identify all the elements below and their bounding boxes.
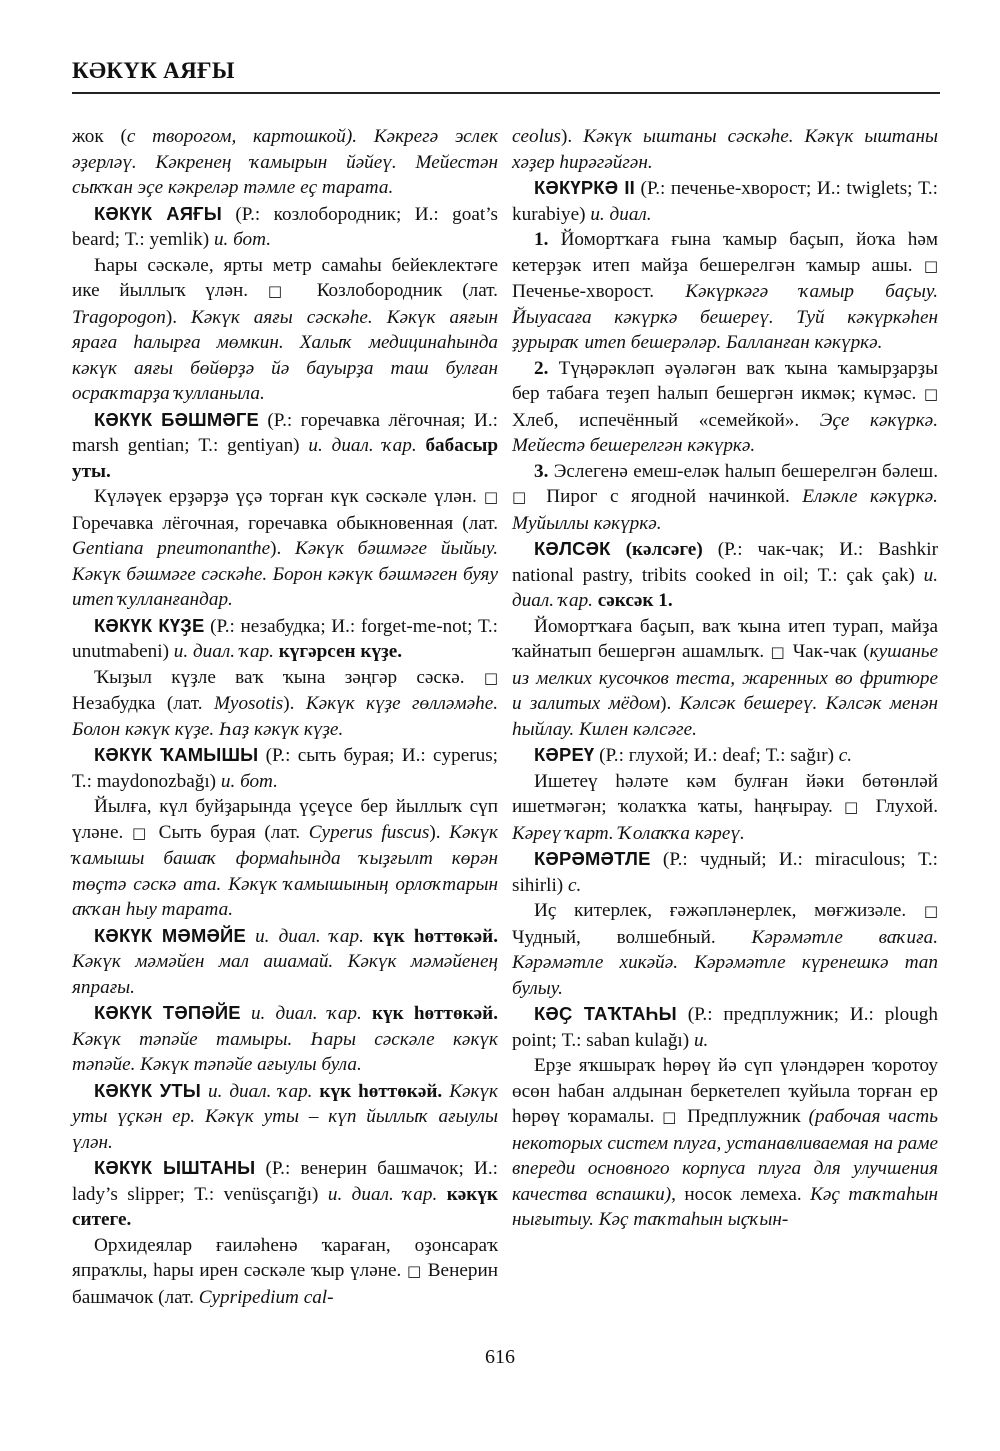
italic-text: и. диал. ҡар. [255, 926, 364, 947]
headword: КӘҪ ТАҠТАҺЫ [534, 1003, 677, 1024]
translation-marker-icon: □ [924, 385, 938, 403]
text: Иҫ китерлек, ғәжәпләнерлек, мөғжизәле. [534, 900, 924, 921]
italic-text: Кәкүк мәмәйен мал ашамай. Кәкүк мәмәйене… [72, 951, 498, 998]
dictionary-entry: КӘКҮК ЫШТАНЫ (Р.: венерин башмачок; И.: … [72, 1155, 498, 1233]
italic-text: и. диал. [590, 204, 651, 225]
italic-text: ceolus [512, 126, 561, 147]
entry-definition: Ҡыҙыл күҙле ваҡ ҡына зәңгәр сәскә. □ Нез… [72, 665, 498, 743]
text: , носок лемеха. [671, 1184, 810, 1205]
headword: КӘКҮК КҮҘЕ [94, 615, 204, 636]
headword: КӘРӘМӘТЛЕ [534, 848, 651, 869]
headword: КӘКҮК УТЫ [94, 1080, 201, 1101]
headword: КӘКҮК БӘШМӘГЕ [94, 409, 259, 430]
bold-text: 3. [534, 461, 548, 482]
dictionary-entry: КӘКҮК БӘШМӘГЕ (Р.: горечавка лёгочная; И… [72, 407, 498, 485]
text: ). [660, 693, 679, 714]
text: Эслегенә емеш-еләк һалып бешерелгән бәле… [548, 461, 938, 482]
bold-text: күгәрсен күҙе. [274, 641, 402, 662]
running-head: КӘКҮК АЯҒЫ [72, 58, 235, 84]
italic-text: и. диал. ҡар. [328, 1184, 437, 1205]
text: Күләүек ерҙәрҙә үҫә торған күк сәскәле ү… [94, 486, 484, 507]
dictionary-entry: КӘРӘМӘТЛЕ (Р.: чудный; И.: miraculous; Т… [512, 846, 938, 898]
italic-text: и. диал. ҡар. [208, 1081, 312, 1102]
entry-definition: Иҫ китерлек, ғәжәпләнерлек, мөғжизәле. □… [512, 898, 938, 1001]
text: (Р.: глухой; И.: deaf; Т.: sağır) [594, 745, 838, 766]
text [201, 1081, 208, 1102]
headword: КӘКҮК ТӘПӘЙЕ [94, 1002, 241, 1023]
italic-text: и. диал. ҡар. [174, 641, 274, 662]
headword: КӘЛСӘК [534, 538, 611, 559]
text: ). [429, 822, 449, 843]
headword: КӘКҮК ҠАМЫШЫ [94, 744, 258, 765]
translation-marker-icon: □ [407, 1262, 422, 1280]
italic-text: Tragopogon [72, 307, 166, 328]
italic-text: Myosotis [214, 693, 283, 714]
bold-text: (кәлсәге) [626, 539, 703, 560]
text [246, 926, 255, 947]
text: Незабудка (лат. [72, 693, 214, 714]
right-column: ceolus). Кәкүк ыштаны сәскәһе. Кәкүк ышт… [512, 124, 938, 1233]
bold-text: 2. [534, 358, 548, 379]
bold-text: сәксәк 1. [593, 590, 673, 611]
entry-definition: Һары сәскәле, ярты метр самаһы бейеклект… [72, 253, 498, 407]
italic-text: с. [568, 875, 581, 896]
dictionary-entry: КӘКҮК МӘМӘЙЕ и. диал. ҡар. күк һөттөкәй.… [72, 923, 498, 1001]
text: Пирог с ягодной начинкой. [534, 486, 802, 507]
italic-text: Кәреү ҡарт. Ҡолаҡҡа кәреү. [512, 823, 745, 844]
text: Предплужник [679, 1106, 808, 1127]
text: ). [561, 126, 583, 147]
entry-definition: Күләүек ерҙәрҙә үҫә торған күк сәскәле ү… [72, 484, 498, 613]
page-number: 616 [0, 1346, 1000, 1369]
dictionary-entry: КӘКҮК ТӘПӘЙЕ и. диал. ҡар. күк һөттөкәй.… [72, 1000, 498, 1078]
headword: КӘКҮК АЯҒЫ [94, 203, 222, 224]
italic-text: Gentiana pneumonanthe [72, 538, 270, 559]
text [241, 1003, 251, 1024]
text [611, 539, 626, 560]
text: Түңәрәкләп әүәләгән ваҡ ҡына ҡамырҙарҙы … [512, 358, 938, 405]
text: Чак-чак ( [786, 641, 869, 662]
continued-text: ceolus). Кәкүк ыштаны сәскәһе. Кәкүк ышт… [512, 124, 938, 175]
text: Горечавка лёгочная, горечавка обыкновенн… [72, 513, 498, 534]
text: Печенье-хворост. [512, 281, 685, 302]
dictionary-entry: КӘҪ ТАҠТАҺЫ (Р.: предплужник; И.: plough… [512, 1001, 938, 1053]
italic-text: с творогом, картошкой). Кәкрегә эслек әҙ… [72, 126, 498, 198]
italic-text: и. диал. ҡар. [308, 435, 416, 456]
dictionary-entry: КӘКҮК КҮҘЕ (Р.: незабудка; И.: forget-me… [72, 613, 498, 665]
italic-text: Кәкүк тәпәйе тамыры. Һары сәскәле кәкүк … [72, 1029, 498, 1076]
text: ). [270, 538, 295, 559]
header-rule [72, 92, 940, 94]
dictionary-entry: КӘРЕҮ (Р.: глухой; И.: deaf; Т.: sağır) … [512, 742, 938, 769]
italic-text: и. бот. [214, 229, 271, 250]
italic-text: с. [839, 745, 852, 766]
dictionary-entry: КӘКҮК АЯҒЫ (Р.: козлобородник; И.: goat’… [72, 201, 498, 253]
dictionary-entry: КӘКҮК ҠАМЫШЫ (Р.: сыть бурая; И.: cyperu… [72, 742, 498, 794]
translation-marker-icon: □ [662, 1108, 679, 1126]
text: Козлобородник (лат. [297, 280, 498, 301]
text: Чудный, волшебный. [512, 927, 752, 948]
bold-text: 1. [534, 229, 548, 250]
entry-definition: Йылға, күл буйҙарында үҫеүсе бер йыллыҡ … [72, 794, 498, 923]
translation-marker-icon: □ [844, 798, 865, 816]
italic-text: и. бот. [221, 771, 278, 792]
text: жок ( [72, 126, 127, 147]
entry-sense: 3. Эслегенә емеш-еләк һалып бешерелгән б… [512, 459, 938, 537]
continued-text: жок (с творогом, картошкой). Кәкрегә эсл… [72, 124, 498, 201]
entry-sense: 2. Түңәрәкләп әүәләгән ваҡ ҡына ҡамырҙар… [512, 356, 938, 459]
entry-definition: Ерҙе яҡшыраҡ һөрөү йә сүп үләндәрен ҡоро… [512, 1053, 938, 1233]
translation-marker-icon: □ [924, 257, 938, 275]
translation-marker-icon: □ [924, 902, 938, 920]
italic-text: Cyperus fuscus [309, 822, 430, 843]
text: Хлеб, испечённый «семейкой». [512, 410, 820, 431]
entry-definition: Ишетеү һәләте кәм булған йәки бөтөнләй и… [512, 769, 938, 847]
translation-marker-icon: □ [484, 669, 498, 687]
headword: КӘКҮК МӘМӘЙЕ [94, 925, 246, 946]
dictionary-entry: КӘКҮРКӘ II (Р.: печенье-хворост; И.: twi… [512, 175, 938, 227]
translation-marker-icon: □ [512, 488, 534, 506]
text: ). [283, 693, 306, 714]
bold-text: күк һөттөкәй. [364, 926, 498, 947]
headword: КӘРЕҮ [534, 744, 594, 765]
translation-marker-icon: □ [484, 488, 498, 506]
italic-text: Cypripedium cal- [199, 1287, 334, 1308]
bold-text: күк һөттөкәй. [362, 1003, 498, 1024]
headword: КӘКҮК ЫШТАНЫ [94, 1157, 255, 1178]
dictionary-entry: КӘКҮК УТЫ и. диал. ҡар. күк һөттөкәй. Кә… [72, 1078, 498, 1156]
translation-marker-icon: □ [268, 282, 297, 300]
text: ). [166, 307, 191, 328]
headword: КӘКҮРКӘ II [534, 177, 635, 198]
dictionary-entry: КӘЛСӘК (кәлсәге) (Р.: чак-чак; И.: Bashk… [512, 536, 938, 614]
bold-text: күк һөттөкәй. [312, 1081, 442, 1102]
text: Глухой. [865, 796, 939, 817]
entry-definition: Орхидеялар ғаиләһенә ҡараған, оҙонсараҡ … [72, 1233, 498, 1311]
text: Йомортҡаға ғына ҡамыр баҫып, йоҡа һәм ке… [512, 229, 938, 276]
entry-definition: Йомортҡаға баҫып, ваҡ ҡына итеп турап, м… [512, 614, 938, 743]
left-column: жок (с творогом, картошкой). Кәкрегә эсл… [72, 124, 498, 1310]
text: Ҡыҙыл күҙле ваҡ ҡына зәңгәр сәскә. [94, 667, 484, 688]
translation-marker-icon: □ [771, 643, 787, 661]
entry-sense: 1. Йомортҡаға ғына ҡамыр баҫып, йоҡа һәм… [512, 227, 938, 356]
text: Сыть бурая (лат. [150, 822, 309, 843]
italic-text: и. диал. ҡар. [251, 1003, 362, 1024]
translation-marker-icon: □ [132, 824, 150, 842]
italic-text: и. [694, 1030, 708, 1051]
